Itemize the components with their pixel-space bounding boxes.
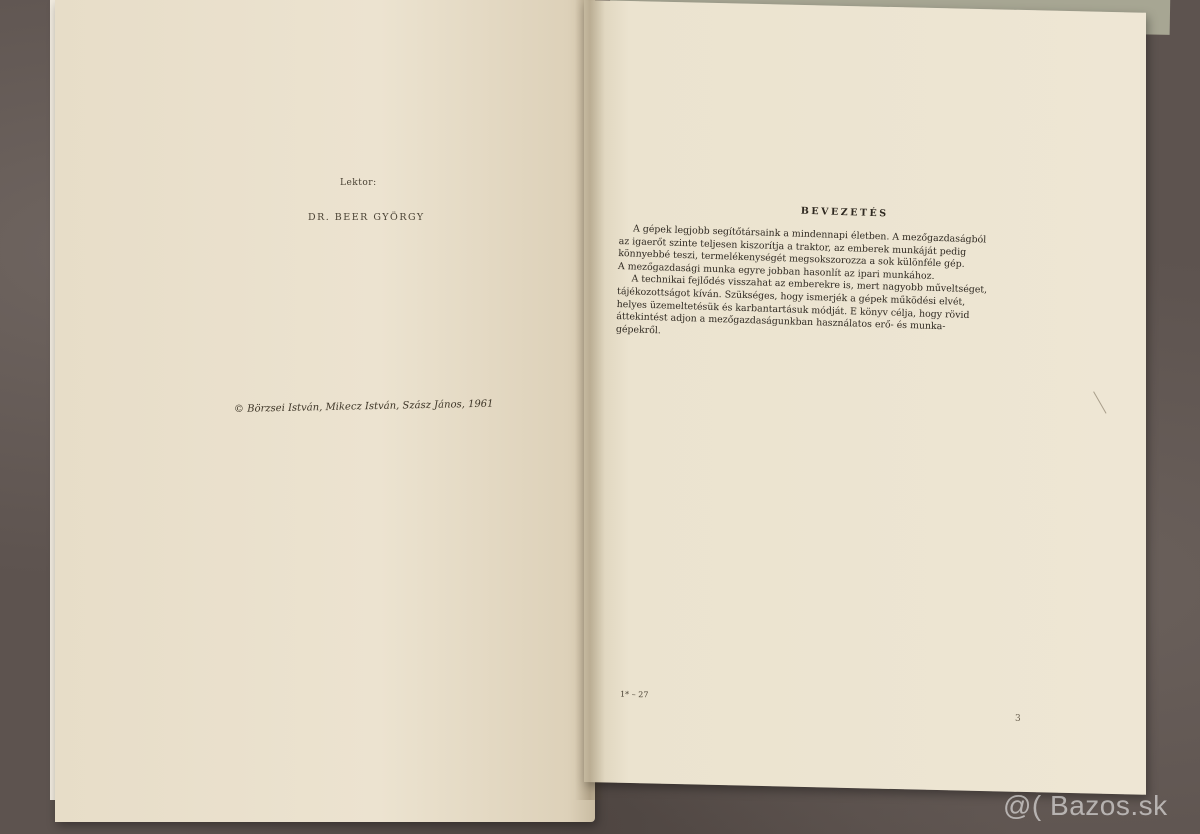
book-gutter xyxy=(575,0,605,800)
introduction-paragraph: A gépek legjobb segítőtársaink a mindenn… xyxy=(616,223,1039,349)
page-number: 3 xyxy=(1015,714,1021,724)
lektor-name: DR. BEER GYÖRGY xyxy=(308,212,425,223)
right-page xyxy=(584,0,1146,795)
watermark: @( Bazos.sk xyxy=(1003,790,1168,822)
lektor-label: Lektor: xyxy=(340,178,377,188)
introduction-section: BEVEZETÉS A gépek legjobb segítőtársaink… xyxy=(616,200,1040,349)
printer-signature: 1* – 27 xyxy=(620,690,649,700)
